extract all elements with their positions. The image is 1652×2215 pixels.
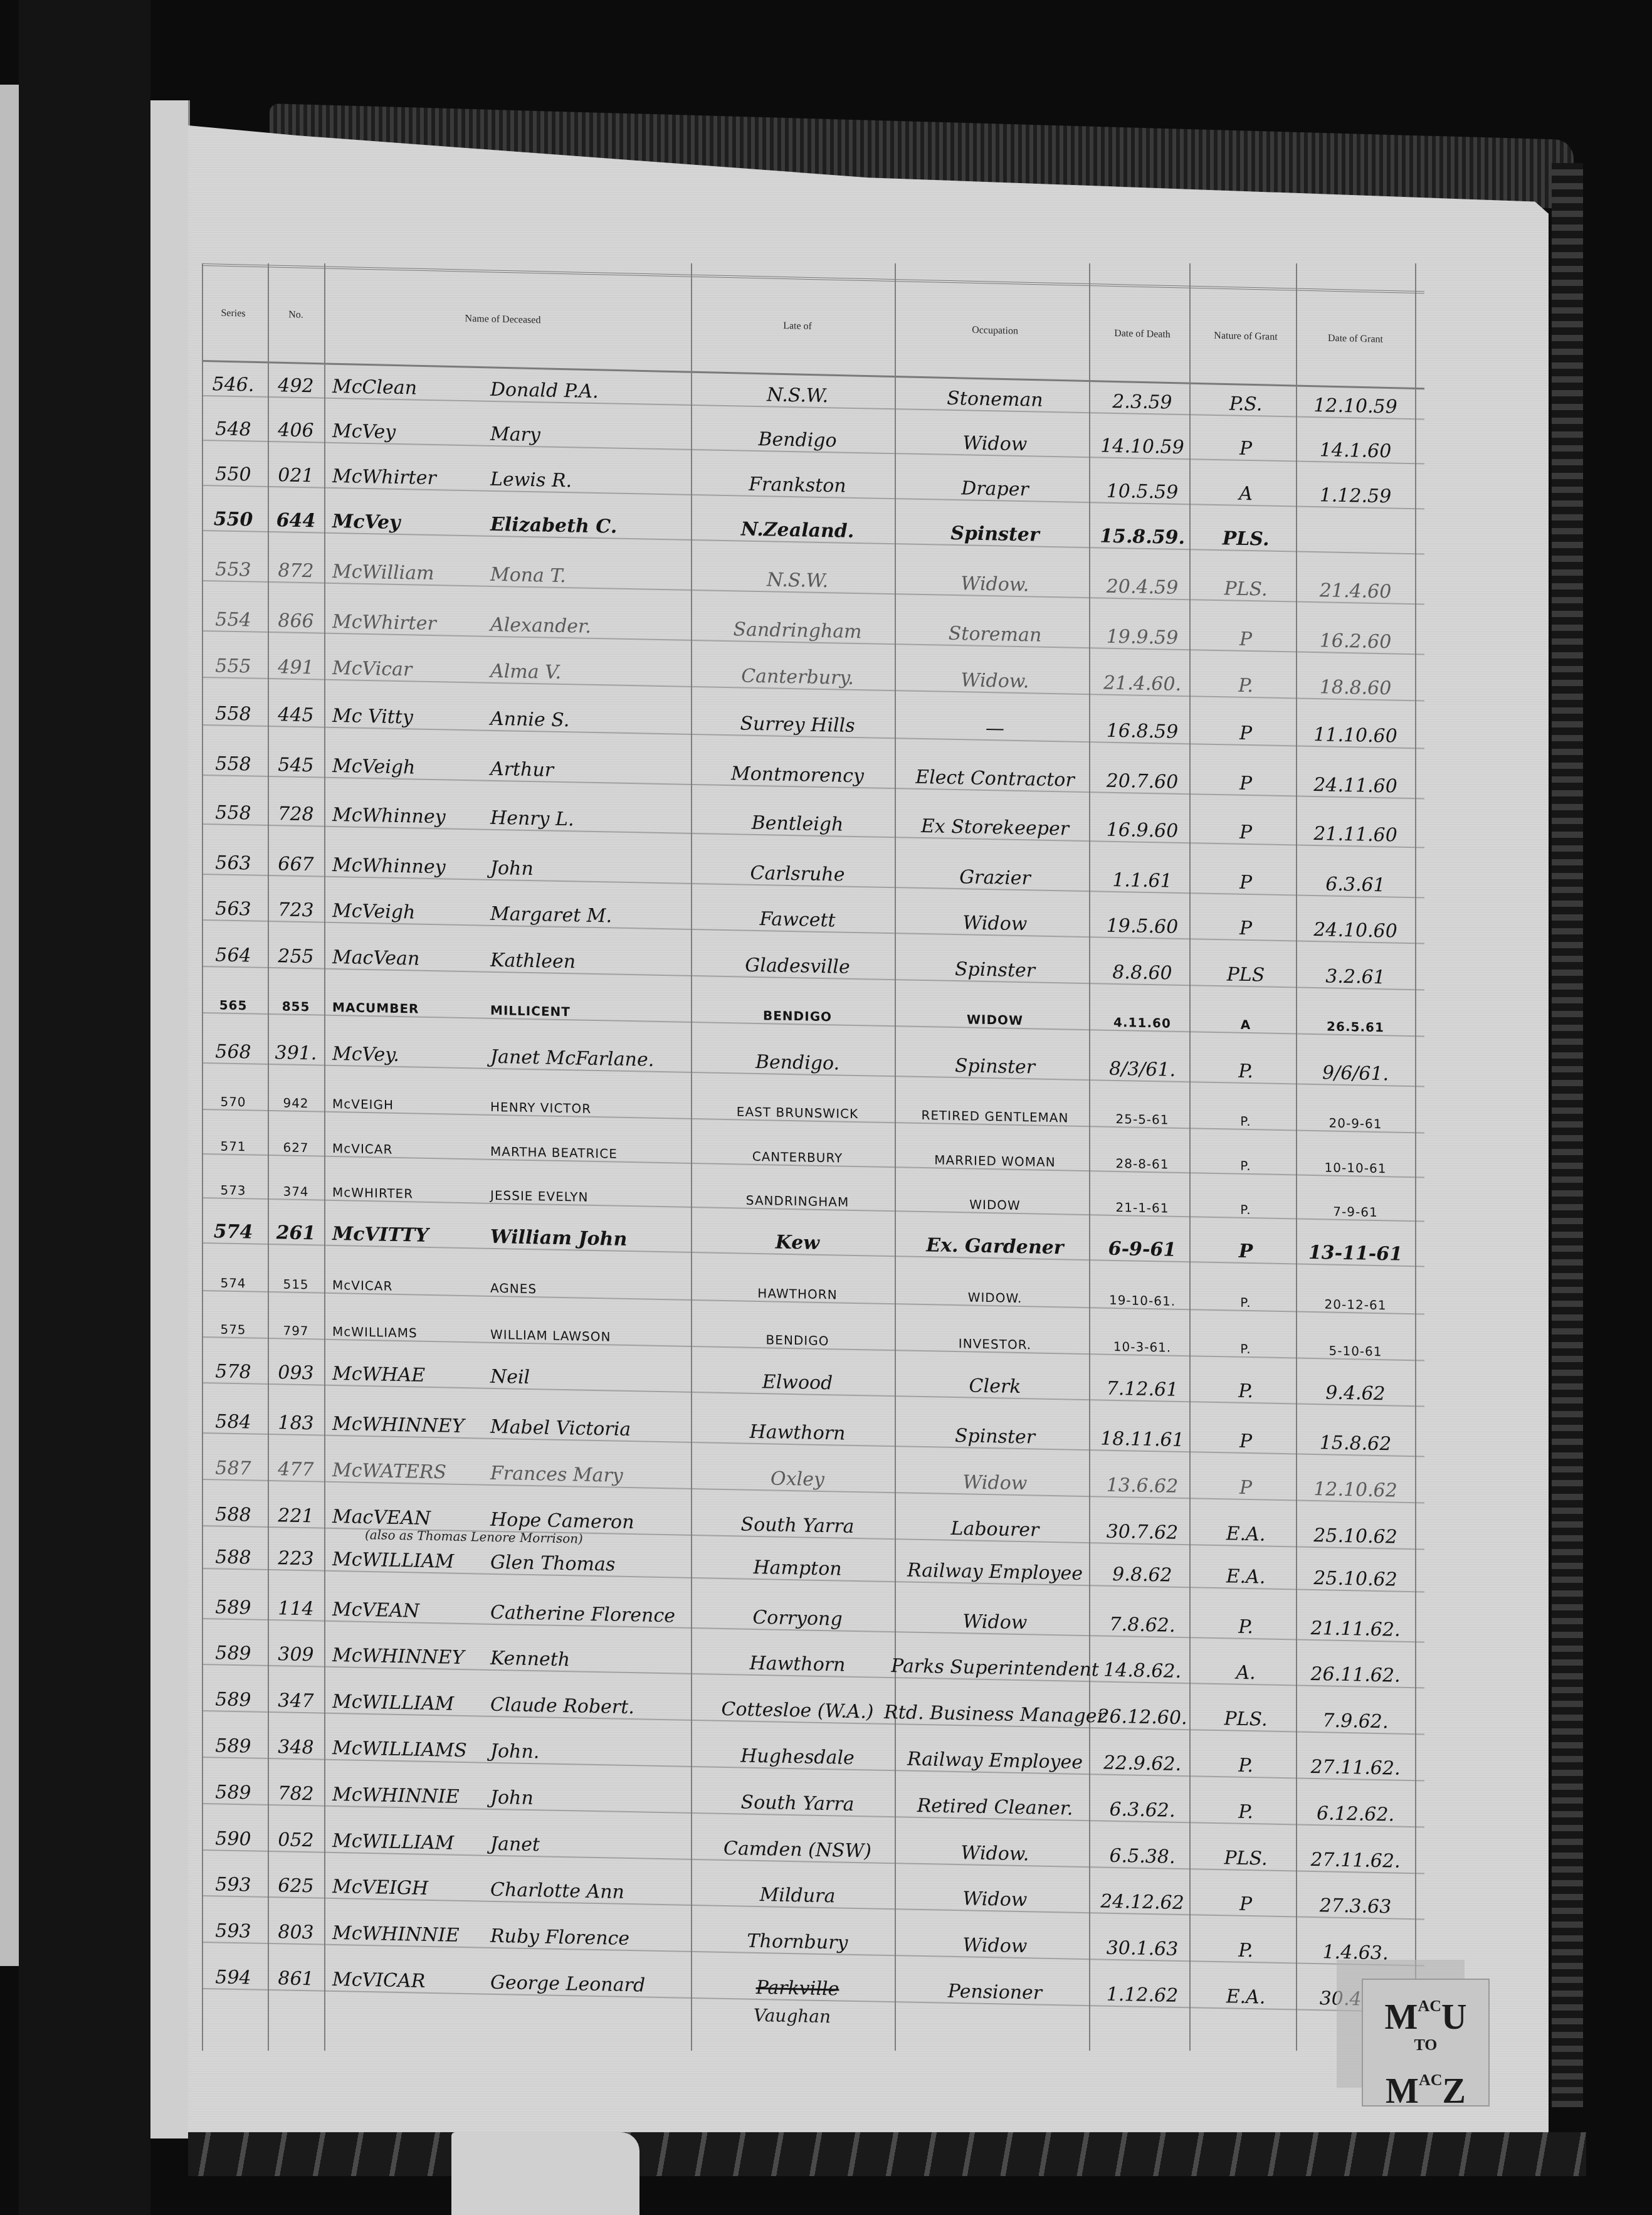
surname-cell: Mc Vitty <box>327 689 495 732</box>
date-of-death-cell: 10-3-61. <box>1092 1316 1192 1358</box>
date-of-grant-cell: 25.10.62 <box>1299 1509 1412 1551</box>
given-names-cell: HENRY VICTOR <box>490 1077 678 1121</box>
date-of-grant-cell: 15.8.62 <box>1299 1416 1412 1458</box>
nature-of-grant-cell: P. <box>1192 1364 1299 1406</box>
number-cell: 627 <box>271 1117 321 1158</box>
occupation-cell: Widow <box>898 416 1092 460</box>
series-cell: 593 <box>202 1904 265 1945</box>
given-names-cell: MILLICENT <box>490 980 678 1024</box>
nature-of-grant-cell: P <box>1192 855 1299 897</box>
probate-register-table: Series No. Name of Deceased Late of Occu… <box>202 263 1424 362</box>
occupation-cell: INVESTOR. <box>898 1312 1092 1356</box>
number-cell: 445 <box>271 688 321 729</box>
series-cell: 554 <box>202 593 265 634</box>
given-names-cell: AGNES <box>490 1258 678 1302</box>
date-of-death-cell: 24.12.62 <box>1092 1875 1192 1917</box>
header-date-of-death: Date of Death <box>1092 286 1192 383</box>
number-cell: 093 <box>271 1346 321 1388</box>
nature-of-grant-cell: P. <box>1192 1179 1299 1221</box>
nature-of-grant-cell: PLS. <box>1192 1831 1299 1873</box>
date-of-death-cell: 6.3.62. <box>1092 1782 1192 1824</box>
late-of-cell: Corryong <box>697 1590 898 1634</box>
number-cell: 644 <box>271 494 321 535</box>
index-tab-from: MACU <box>1363 1987 1488 2036</box>
date-of-grant-cell <box>1299 514 1412 556</box>
occupation-cell: Stoneman <box>898 371 1092 415</box>
date-of-death-cell: 1.1.61 <box>1092 853 1192 895</box>
series-cell: 570 <box>202 1071 265 1113</box>
surname-cell: McWhinney <box>327 838 495 881</box>
occupation-cell: Elect Contractor <box>898 750 1092 794</box>
series-cell: 548 <box>202 402 265 443</box>
given-names-cell: Neil <box>490 1350 678 1394</box>
nature-of-grant-cell: E.A. <box>1192 1549 1299 1591</box>
date-of-death-cell: 14.10.59 <box>1092 420 1192 462</box>
series-cell: 588 <box>202 1488 265 1529</box>
nature-of-grant-cell: PLS. <box>1192 512 1299 554</box>
given-names-cell: Lewis R. <box>490 453 678 497</box>
nature-of-grant-cell: P <box>1192 1460 1299 1502</box>
late-of-cell: Hampton <box>697 1540 898 1583</box>
date-of-death-cell: 18.11.61 <box>1092 1412 1192 1454</box>
nature-of-grant-cell: P. <box>1192 1134 1299 1176</box>
given-names-cell: Annie S. <box>490 692 678 736</box>
late-of-cell: N.S.W. <box>697 367 898 411</box>
date-of-death-cell: 28-8-61 <box>1092 1133 1192 1175</box>
date-of-death-cell: 22.9.62. <box>1092 1736 1192 1778</box>
date-of-grant-cell: 21.11.60 <box>1299 806 1412 848</box>
series-cell: 587 <box>202 1441 265 1483</box>
surname-cell: McWHAE <box>327 1347 495 1390</box>
late-of-cell: Sandringham <box>697 602 898 646</box>
header-no: No. <box>271 267 321 362</box>
number-cell: 728 <box>271 787 321 828</box>
given-names-cell: John. <box>490 1725 678 1768</box>
series-cell: 589 <box>202 1673 265 1714</box>
nature-of-grant-cell: P.S. <box>1192 376 1299 418</box>
nature-of-grant-cell: P <box>1192 1877 1299 1919</box>
date-of-grant-cell: 21.11.62. <box>1299 1601 1412 1643</box>
number-cell: 223 <box>271 1531 321 1573</box>
series-cell: 589 <box>202 1626 265 1668</box>
book-cover-bottom-edge <box>188 2132 1586 2176</box>
index-tab-macu-to-macz[interactable]: MACU TO MACZ <box>1362 1979 1490 2107</box>
number-cell: 782 <box>271 1767 321 1808</box>
late-of-cell: Montmorency <box>697 746 898 790</box>
date-of-grant-cell: 25.10.62 <box>1299 1551 1412 1593</box>
given-names-cell: Kathleen <box>490 934 678 978</box>
surname-cell: McVey <box>327 404 495 448</box>
occupation-cell: Widow <box>898 896 1092 939</box>
nature-of-grant-cell: E.A. <box>1192 1506 1299 1548</box>
date-of-death-cell: 7.12.61 <box>1092 1362 1192 1404</box>
nature-of-grant-cell: P. <box>1192 1784 1299 1826</box>
given-names-cell: Catherine Florence <box>490 1585 678 1629</box>
date-of-grant-cell: 16.2.60 <box>1299 614 1412 656</box>
late-of-cell: N.Zealand. <box>697 502 898 546</box>
late-of-cell: Hawthorn <box>697 1636 898 1680</box>
number-cell: 515 <box>271 1254 321 1295</box>
date-of-grant-cell: 20-12-61 <box>1299 1273 1412 1315</box>
date-of-death-cell: 19.9.59 <box>1092 610 1192 652</box>
series-cell: 563 <box>202 882 265 923</box>
date-of-grant-cell: 11.10.60 <box>1299 708 1412 750</box>
date-of-grant-cell: 27.11.62. <box>1299 1832 1412 1874</box>
date-of-death-cell: 8.8.60 <box>1092 945 1192 987</box>
late-of-cell: Canterbury. <box>697 648 898 692</box>
number-cell: 855 <box>271 976 321 1017</box>
occupation-cell: WIDOW <box>898 988 1092 1032</box>
given-names-cell: JESSIE EVELYN <box>490 1165 678 1209</box>
series-cell: 571 <box>202 1116 265 1157</box>
number-cell: 347 <box>271 1674 321 1715</box>
occupation-cell: Spinster <box>898 506 1092 550</box>
date-of-grant-cell: 7-9-61 <box>1299 1181 1412 1223</box>
nature-of-grant-cell: P. <box>1192 1318 1299 1360</box>
surname-cell: McWHIRTER <box>327 1162 495 1205</box>
nature-of-grant-cell: P <box>1192 1414 1299 1456</box>
late-of-cell: Bendigo. <box>697 1034 898 1078</box>
surname-cell: McVEIGH <box>327 1860 495 1903</box>
occupation-cell: Draper <box>898 460 1092 504</box>
number-cell: 183 <box>271 1396 321 1437</box>
late-of-cell: Bendigo <box>697 411 898 455</box>
given-names-cell: George Leonard <box>490 1956 678 2000</box>
surname-cell: McWhinney <box>327 788 495 831</box>
occupation-cell: Rtd. Business Manager <box>898 1686 1092 1730</box>
occupation-cell: Spinster <box>898 1038 1092 1082</box>
nature-of-grant-cell: PLS <box>1192 948 1299 990</box>
date-of-death-cell: 10.5.59 <box>1092 464 1192 506</box>
number-cell: 861 <box>271 1952 321 1993</box>
given-names-cell: Janet McFarlane. <box>490 1030 678 1074</box>
late-of-cell: N.S.W. <box>697 552 898 596</box>
surname-cell: McVICAR <box>327 1953 495 1996</box>
series-cell: 589 <box>202 1719 265 1760</box>
occupation-cell: Spinster <box>898 1409 1092 1452</box>
late-of-cell: HAWTHORN <box>697 1262 898 1306</box>
date-of-grant-cell: 24.10.60 <box>1299 903 1412 945</box>
series-cell: 590 <box>202 1812 265 1853</box>
given-names-cell: Henry L. <box>490 791 678 835</box>
series-cell: 565 <box>202 975 265 1016</box>
date-of-grant-cell: 26.5.61 <box>1299 996 1412 1038</box>
occupation-cell: Storeman <box>898 606 1092 650</box>
series-cell: 568 <box>202 1025 265 1066</box>
given-names-cell: Margaret M. <box>490 887 678 931</box>
surname-cell: McWATERS <box>327 1444 495 1487</box>
surname-cell: MACUMBER <box>327 977 495 1020</box>
number-cell: 803 <box>271 1905 321 1947</box>
nature-of-grant-cell: P. <box>1192 1090 1299 1132</box>
nature-of-grant-cell: P <box>1192 901 1299 943</box>
number-cell: 052 <box>271 1813 321 1854</box>
nature-of-grant-cell: A. <box>1192 1646 1299 1688</box>
given-names-cell: John <box>490 1771 678 1815</box>
given-names-cell: Frances Mary <box>490 1447 678 1491</box>
late-of-cell: Kew <box>697 1214 898 1258</box>
date-of-grant-cell: 13-11-61 <box>1299 1225 1412 1267</box>
nature-of-grant-cell: P. <box>1192 1599 1299 1641</box>
date-of-death-cell: 1.12.62 <box>1092 1967 1192 2009</box>
series-cell: 553 <box>202 542 265 584</box>
nature-of-grant-cell: P <box>1192 421 1299 463</box>
date-of-death-cell: 8/3/61. <box>1092 1042 1192 1084</box>
occupation-cell: Clerk <box>898 1358 1092 1402</box>
nature-of-grant-cell: P <box>1192 706 1299 748</box>
date-of-grant-cell: 1.4.63. <box>1299 1925 1412 1967</box>
date-of-grant-cell: 9.4.62 <box>1299 1366 1412 1408</box>
occupation-cell: Grazier <box>898 849 1092 893</box>
series-cell: 593 <box>202 1858 265 1899</box>
date-of-grant-cell: 6.3.61 <box>1299 857 1412 899</box>
date-of-grant-cell: 6.12.62. <box>1299 1786 1412 1828</box>
date-of-grant-cell: 7.9.62. <box>1299 1694 1412 1736</box>
number-cell: 309 <box>271 1627 321 1669</box>
nature-of-grant-cell: P <box>1192 611 1299 653</box>
occupation-cell: — <box>898 700 1092 744</box>
occupation-cell: Railway Employee <box>898 1543 1092 1587</box>
date-of-death-cell: 2.3.59 <box>1092 374 1192 416</box>
number-cell: 374 <box>271 1161 321 1202</box>
series-cell: 574 <box>202 1252 265 1294</box>
occupation-cell: Labourer <box>898 1501 1092 1545</box>
date-of-death-cell: 20.4.59 <box>1092 559 1192 601</box>
given-names-cell: Alma V. <box>490 645 678 689</box>
late-of-cell: BENDIGO <box>697 1308 898 1352</box>
surname-cell: McWhirter <box>327 595 495 638</box>
number-cell: 723 <box>271 884 321 925</box>
surname-cell: McWhirter <box>327 450 495 493</box>
header-nature-of-grant: Nature of Grant <box>1192 288 1299 385</box>
surname-cell: McVICAR <box>327 1118 495 1161</box>
number-cell: 545 <box>271 738 321 780</box>
number-cell: 261 <box>271 1206 321 1247</box>
late-of-cell: Carlsruhe <box>697 845 898 889</box>
occupation-cell: Widow <box>898 1917 1092 1961</box>
nature-of-grant-cell: P <box>1192 756 1299 798</box>
series-cell: 589 <box>202 1765 265 1807</box>
date-of-grant-cell: 5-10-61 <box>1299 1319 1412 1361</box>
late-of-cell: Cottesloe (W.A.) <box>697 1682 898 1726</box>
nature-of-grant-cell: P. <box>1192 658 1299 700</box>
date-of-death-cell: 4.11.60 <box>1092 991 1192 1033</box>
number-cell: 866 <box>271 594 321 635</box>
number-cell: 255 <box>271 929 321 971</box>
late-of-cell: Surrey Hills <box>697 696 898 740</box>
late-of-cell: South Yarra <box>697 1497 898 1541</box>
occupation-cell: RETIRED GENTLEMAN <box>898 1084 1092 1128</box>
given-names-cell: Mabel Victoria <box>490 1400 678 1444</box>
surname-cell: McVICAR <box>327 1255 495 1298</box>
date-of-grant-cell: 10-10-61 <box>1299 1137 1412 1179</box>
series-cell: 546. <box>202 357 265 399</box>
series-cell: 589 <box>202 1580 265 1622</box>
date-of-death-cell: 21.4.60. <box>1092 656 1192 698</box>
given-names-cell: Kenneth <box>490 1632 678 1676</box>
late-of-cell: Hawthorn <box>697 1405 898 1449</box>
occupation-cell: MARRIED WOMAN <box>898 1129 1092 1173</box>
series-cell: 550 <box>202 492 265 534</box>
nature-of-grant-cell: P. <box>1192 1044 1299 1086</box>
late-of-cell: Hughesdale <box>697 1728 898 1772</box>
surname-cell: McClean <box>327 360 495 403</box>
left-page-margin <box>150 100 190 2138</box>
late-of-cell: EAST BRUNSWICK <box>697 1081 898 1124</box>
late-of-cell: Frankston <box>697 457 898 500</box>
header-series: Series <box>202 266 265 361</box>
date-of-grant-cell: 27.3.63 <box>1299 1879 1412 1921</box>
date-of-grant-cell: 1.12.59 <box>1299 468 1412 510</box>
late-of-cell: SANDRINGHAM <box>697 1169 898 1213</box>
number-cell: 477 <box>271 1442 321 1484</box>
given-names-cell: Ruby Florence <box>490 1910 678 1953</box>
occupation-cell: Pensioner <box>898 1964 1092 2007</box>
given-names-cell: Janet <box>490 1817 678 1861</box>
occupation-cell: Widow. <box>898 1825 1092 1869</box>
nature-of-grant-cell: P <box>1192 1224 1299 1266</box>
given-names-cell: Mary <box>490 408 678 452</box>
date-of-grant-cell: 21.4.60 <box>1299 564 1412 606</box>
date-of-death-cell: 6-9-61 <box>1092 1222 1192 1264</box>
series-cell: 574 <box>202 1205 265 1246</box>
book-binding <box>19 0 150 2215</box>
late-of-cell: Elwood <box>697 1355 898 1398</box>
header-late-of: Late of <box>697 277 898 376</box>
late-of-cell: Gladesville <box>697 938 898 981</box>
series-cell: 564 <box>202 928 265 970</box>
date-of-death-cell: 13.6.62 <box>1092 1458 1192 1500</box>
number-cell: 348 <box>271 1720 321 1762</box>
nature-of-grant-cell: P. <box>1192 1923 1299 1965</box>
index-tab-to: MACZ <box>1363 2061 1488 2110</box>
date-of-grant-cell: 14.1.60 <box>1299 423 1412 465</box>
surname-cell: MacVean <box>327 931 495 974</box>
nature-of-grant-cell: E.A. <box>1192 1969 1299 2011</box>
surname-cell: McWHINNEY <box>327 1629 495 1672</box>
late-of-cell: Bentleigh <box>697 795 898 839</box>
surname-cell: McVicar <box>327 642 495 685</box>
series-cell: 563 <box>202 836 265 877</box>
nature-of-grant-cell: PLS. <box>1192 1691 1299 1733</box>
late-of-cell: CANTERBURY <box>697 1125 898 1169</box>
occupation-cell: Ex. Gardener <box>898 1218 1092 1262</box>
number-cell: 872 <box>271 544 321 585</box>
date-of-death-cell: 15.8.59. <box>1092 510 1192 552</box>
late-of-cell: Parkville <box>697 1960 898 2004</box>
header-occupation: Occupation <box>898 282 1092 380</box>
series-cell: 584 <box>202 1395 265 1436</box>
date-of-death-cell: 25-5-61 <box>1092 1088 1192 1130</box>
date-of-grant-cell: 18.8.60 <box>1299 660 1412 702</box>
adjacent-page-edge <box>0 85 19 1966</box>
occupation-cell: Parks Superintendent <box>898 1640 1092 1684</box>
date-of-death-cell: 16.9.60 <box>1092 803 1192 845</box>
date-of-death-cell: 21-1-61 <box>1092 1176 1192 1219</box>
date-of-death-cell: 20.7.60 <box>1092 754 1192 796</box>
date-of-death-cell: 6.5.38. <box>1092 1829 1192 1871</box>
surname-cell: McVEAN <box>327 1582 495 1626</box>
occupation-cell: Widow <box>898 1454 1092 1498</box>
date-of-grant-cell: 20-9-61 <box>1299 1092 1412 1134</box>
given-names-cell: Mona T. <box>490 548 678 592</box>
date-of-death-cell: 14.8.62. <box>1092 1644 1192 1686</box>
date-of-grant-cell: 27.11.62. <box>1299 1740 1412 1782</box>
number-cell: 391. <box>271 1026 321 1067</box>
late-of-cell: South Yarra <box>697 1775 898 1819</box>
occupation-cell: Ex Storekeeper <box>898 799 1092 843</box>
number-cell: 942 <box>271 1072 321 1114</box>
header-name-of-deceased: Name of Deceased <box>327 269 678 371</box>
date-of-death-cell: 7.8.62. <box>1092 1597 1192 1639</box>
surname-cell: McWHINNIE <box>327 1906 495 1950</box>
occupation-cell: Railway Employee <box>898 1732 1092 1776</box>
nature-of-grant-cell: A <box>1192 466 1299 508</box>
given-names-cell: Claude Robert. <box>490 1678 678 1722</box>
nature-of-grant-cell: P. <box>1192 1738 1299 1780</box>
surname-cell: McWILLIAM <box>327 1675 495 1718</box>
nature-of-grant-cell: A <box>1192 993 1299 1035</box>
given-names-cell: William John <box>490 1210 678 1254</box>
late-of-cell: Camden (NSW) <box>697 1821 898 1865</box>
surname-cell: McVeigh <box>327 739 495 783</box>
number-cell: 021 <box>271 448 321 490</box>
surname-cell: McVEIGH <box>327 1074 495 1117</box>
date-of-death-cell: 30.7.62 <box>1092 1504 1192 1546</box>
surname-cell: McWilliam <box>327 545 495 588</box>
nature-of-grant-cell: P. <box>1192 1271 1299 1313</box>
number-cell: 114 <box>271 1582 321 1623</box>
occupation-cell: Widow <box>898 1871 1092 1915</box>
paper-scrap <box>451 2132 639 2215</box>
series-cell: 588 <box>202 1530 265 1572</box>
given-names-cell: John <box>490 841 678 885</box>
number-cell: 406 <box>271 403 321 445</box>
series-cell: 578 <box>202 1345 265 1386</box>
series-cell: 550 <box>202 447 265 489</box>
series-cell: 558 <box>202 786 265 827</box>
date-of-death-cell: 19.5.60 <box>1092 899 1192 941</box>
late-of-cell: Mildura <box>697 1868 898 1911</box>
late-of-cell: BENDIGO <box>697 984 898 1028</box>
surname-cell: McVeigh <box>327 884 495 928</box>
number-cell: 667 <box>271 837 321 879</box>
number-cell: 221 <box>271 1489 321 1530</box>
nature-of-grant-cell: P <box>1192 805 1299 847</box>
surname-cell: McVITTY <box>327 1207 495 1250</box>
surname-cell: McWILLIAMS <box>327 1721 495 1765</box>
occupation-cell: Widow. <box>898 652 1092 696</box>
number-cell: 492 <box>271 359 321 400</box>
series-cell: 575 <box>202 1299 265 1340</box>
nature-of-grant-cell: PLS. <box>1192 562 1299 604</box>
given-names-cell: Arthur <box>490 743 678 786</box>
surname-cell: McVey <box>327 495 495 538</box>
given-names-cell: Elizabeth C. <box>490 498 678 542</box>
late-of-cell: Fawcett <box>697 892 898 936</box>
given-names-cell: WILLIAM LAWSON <box>490 1304 678 1348</box>
surname-cell: McWILLIAM <box>327 1532 495 1575</box>
date-of-death-cell: 9.8.62 <box>1092 1547 1192 1589</box>
series-cell: 594 <box>202 1950 265 1992</box>
occupation-cell: Retired Cleaner. <box>898 1779 1092 1822</box>
surname-cell: McWILLIAMS <box>327 1301 495 1344</box>
given-names-cell: MARTHA BEATRICE <box>490 1121 678 1165</box>
series-cell: 558 <box>202 737 265 778</box>
given-names-cell: Charlotte Ann <box>490 1863 678 1907</box>
occupation-cell: WIDOW. <box>898 1266 1092 1309</box>
series-cell: 573 <box>202 1160 265 1201</box>
